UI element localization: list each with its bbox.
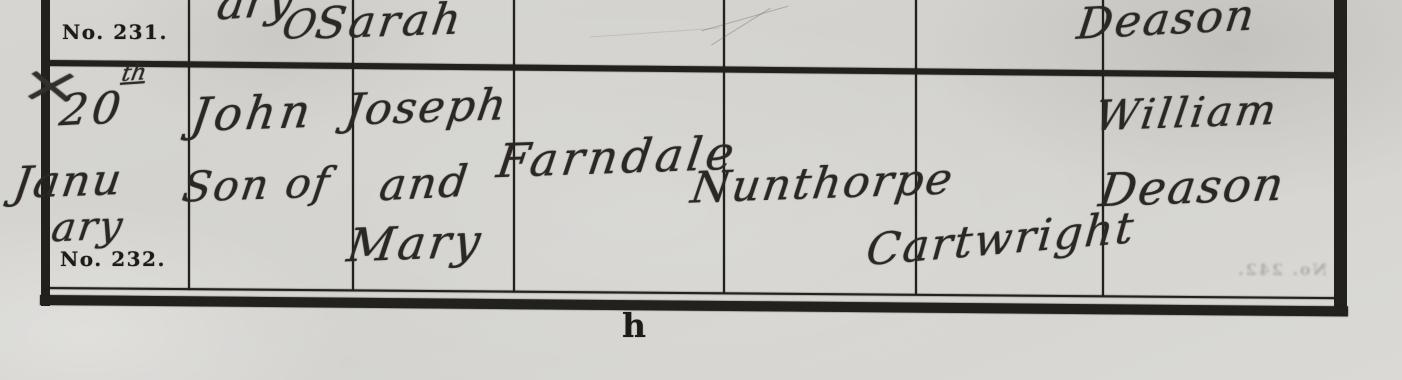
row-separator-line <box>45 60 1336 78</box>
entry-231-child-name: Sarah <box>312 0 467 50</box>
bleedthrough-record-number: No. 242. <box>1236 260 1327 279</box>
entry-232-month-line2: ary <box>49 203 127 251</box>
entry-232-mother-name: Mary <box>344 214 487 273</box>
column-rule-1 <box>188 0 190 290</box>
entry-232-abode: Nunthorpe <box>688 153 958 213</box>
table-border-right <box>1334 0 1347 313</box>
parish-register-scan: ary No. 231. O Sarah Deason × 20 th Janu… <box>0 0 1402 380</box>
entry-231-minister-surname: Deason <box>1074 0 1259 50</box>
entry-232-minister-first-name: William <box>1092 85 1282 140</box>
entry-232-day: 20 <box>57 82 128 136</box>
page-signature-mark: h <box>622 306 646 345</box>
table-border-bottom <box>40 295 1348 316</box>
table-border-left <box>41 0 50 306</box>
scratch-mark <box>711 8 771 46</box>
entry-232-record-number: No. 232. <box>60 247 166 271</box>
entry-232-child-name: John <box>188 84 318 142</box>
entry-232-day-suffix: th <box>119 59 148 87</box>
entry-232-month-line1: Janu <box>10 154 126 209</box>
entry-232-conjunction: and <box>376 156 472 212</box>
entry-232-relation: Son of <box>179 157 334 211</box>
entry-232-minister-surname: Deason <box>1096 157 1289 217</box>
entry-232-father-name: Joseph <box>342 79 511 136</box>
scratch-mark <box>590 27 720 37</box>
entry-231-record-number: No. 231. <box>62 20 168 44</box>
